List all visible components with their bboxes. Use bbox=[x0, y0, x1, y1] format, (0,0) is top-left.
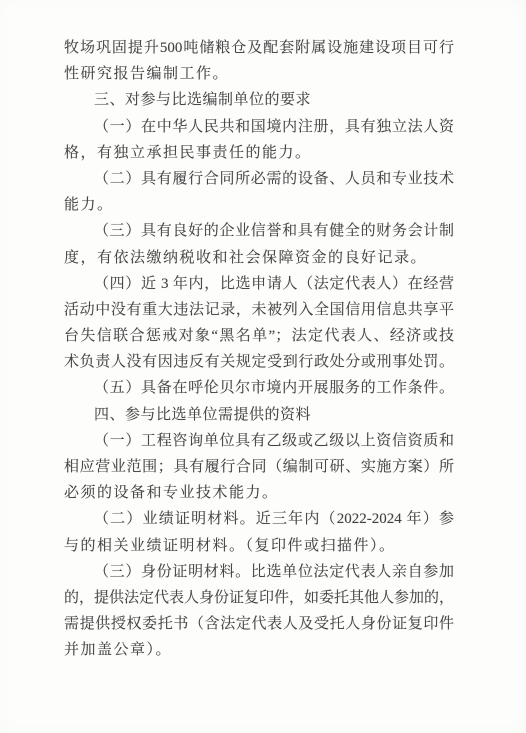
text-line: 台失信联合惩戒对象“黑名单”；法定代表人、经济或技 bbox=[64, 323, 454, 349]
text-line: 并加盖公章）。 bbox=[64, 637, 454, 663]
text-line: （一）在中华人民共和国境内注册，具有独立法人资 bbox=[64, 114, 454, 140]
text-line: （一）工程咨询单位具有乙级或乙级以上资信资质和 bbox=[64, 428, 454, 454]
text-line: 活动中没有重大违法记录，未被列入全国信用信息共享平 bbox=[64, 297, 454, 323]
text-line: （三）身份证明材料。比选单位法定代表人亲自参加 bbox=[64, 559, 454, 585]
text-line: （三）具有良好的企业信誉和具有健全的财务会计制 bbox=[64, 218, 454, 244]
text-line: 度，有依法缴纳税收和社会保障资金的良好记录。 bbox=[64, 245, 454, 271]
document-page: 牧场巩固提升500吨储粮仓及配套附属设施建设项目可行性研究报告编制工作。三、对参… bbox=[0, 0, 526, 733]
document-text-block: 牧场巩固提升500吨储粮仓及配套附属设施建设项目可行性研究报告编制工作。三、对参… bbox=[64, 35, 454, 664]
text-line: 需提供授权委托书（含法定代表人及受托人身份证复印件 bbox=[64, 611, 454, 637]
text-line: （五）具备在呼伦贝尔市境内开展服务的工作条件。 bbox=[64, 375, 454, 401]
text-line: 相应营业范围；具有履行合同（编制可研、实施方案）所 bbox=[64, 454, 454, 480]
text-line: 术负责人没有因违反有关规定受到行政处分或刑事处罚。 bbox=[64, 349, 454, 375]
text-line: 四、参与比选单位需提供的资料 bbox=[64, 402, 454, 428]
text-line: 三、对参与比选编制单位的要求 bbox=[64, 87, 454, 113]
text-line: （二）业绩证明材料。近三年内（2022-2024 年）参 bbox=[64, 506, 454, 532]
text-line: 性研究报告编制工作。 bbox=[64, 61, 454, 87]
text-line: （四）近 3 年内，比选申请人（法定代表人）在经营 bbox=[64, 271, 454, 297]
text-line: 格，有独立承担民事责任的能力。 bbox=[64, 140, 454, 166]
text-line: 的，提供法定代表人身份证复印件，如委托其他人参加的， bbox=[64, 585, 454, 611]
text-line: 必须的设备和专业技术能力。 bbox=[64, 480, 454, 506]
text-line: 牧场巩固提升500吨储粮仓及配套附属设施建设项目可行 bbox=[64, 35, 454, 61]
text-line: 能力。 bbox=[64, 192, 454, 218]
text-line: （二）具有履行合同所必需的设备、人员和专业技术 bbox=[64, 166, 454, 192]
text-line: 与的相关业绩证明材料。（复印件或扫描件）。 bbox=[64, 533, 454, 559]
